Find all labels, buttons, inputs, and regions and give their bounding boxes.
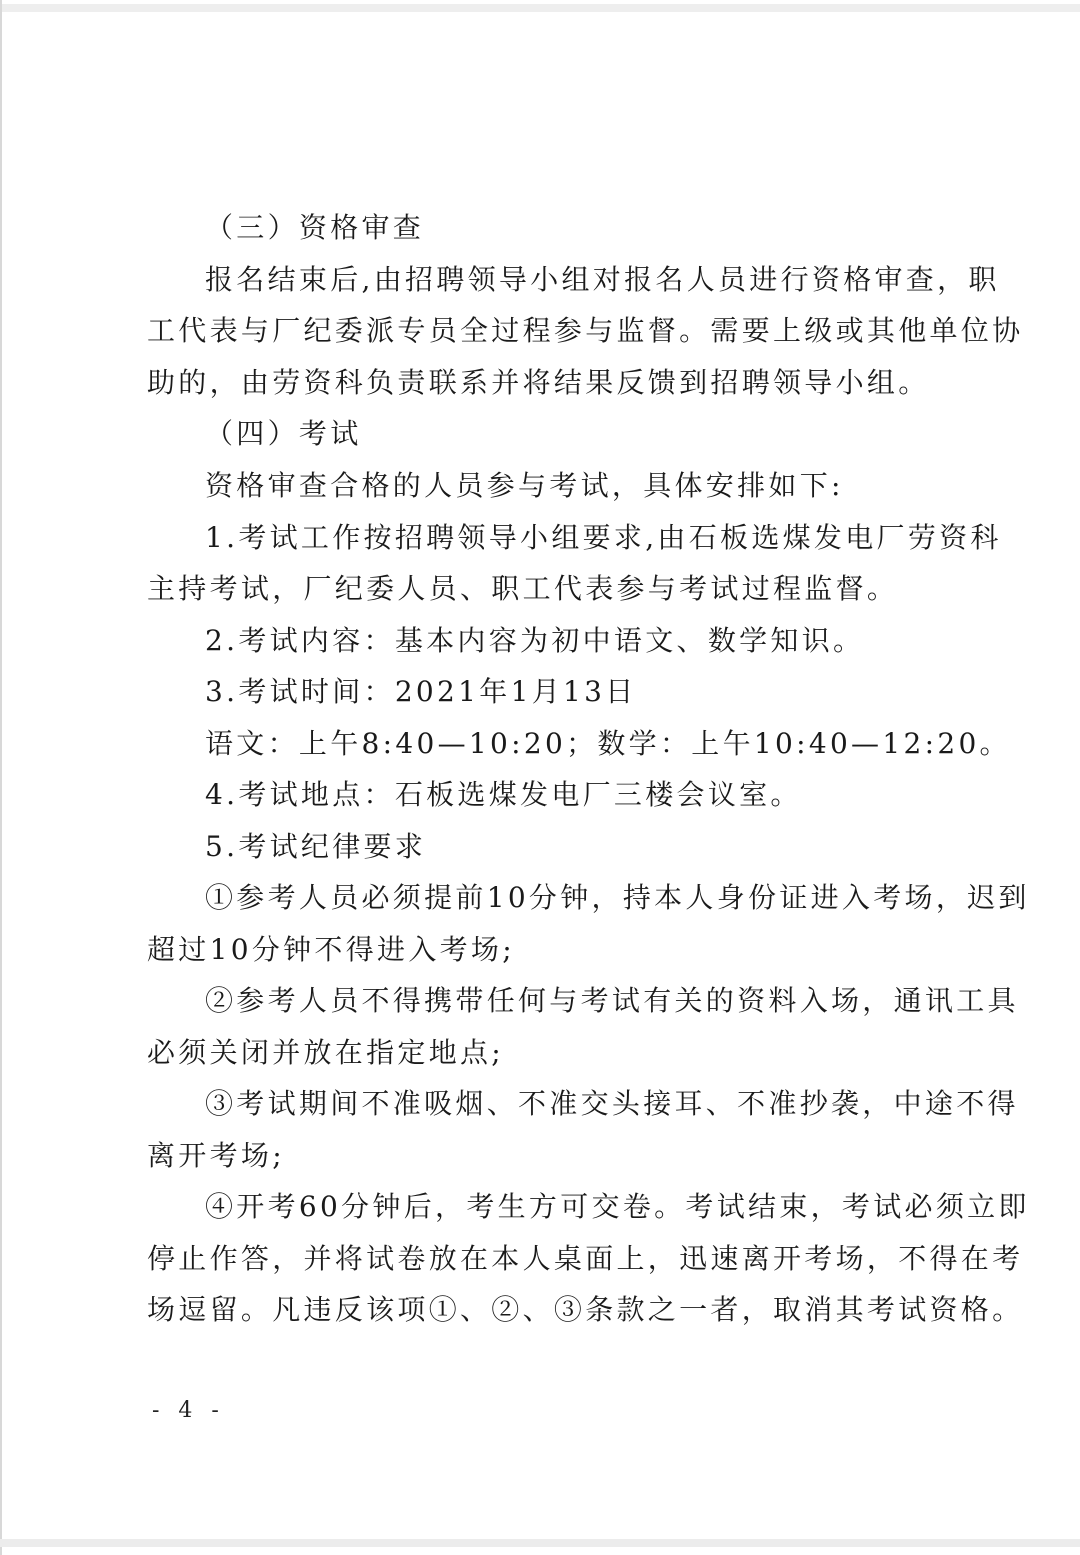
page-number: - 4 - <box>152 1398 225 1423</box>
page-top-edge <box>0 4 1080 12</box>
paragraph-line: 主持考试，厂纪委人员、职工代表参与考试过程监督。 <box>147 569 898 609</box>
list-item-4: 4.考试地点：石板选煤发电厂三楼会议室。 <box>205 775 802 815</box>
paragraph-line: 超过10分钟不得进入考场; <box>147 930 515 970</box>
list-item-1: 1.考试工作按招聘领导小组要求,由石板选煤发电厂劳资科 <box>205 518 1002 558</box>
section-heading-exam: （四）考试 <box>205 414 362 454</box>
paragraph-line: 工代表与厂纪委派专员全过程参与监督。需要上级或其他单位协 <box>147 311 1023 351</box>
paragraph-line: 必须关闭并放在指定地点; <box>147 1033 504 1073</box>
rule-4: ④开考60分钟后，考生方可交卷。考试结束，考试必须立即 <box>205 1187 1030 1227</box>
paragraph-line: 停止作答，并将试卷放在本人桌面上，迅速离开考场，不得在考 <box>147 1239 1023 1279</box>
page-bottom-edge <box>0 1539 1080 1547</box>
paragraph-line: 助的，由劳资科负责联系并将结果反馈到招聘领导小组。 <box>147 363 930 403</box>
paragraph-line: 离开考场; <box>147 1136 285 1176</box>
section-heading-qualification: （三）资格审查 <box>205 208 424 248</box>
paragraph-line: 场逗留。凡违反该项①、②、③条款之一者，取消其考试资格。 <box>147 1290 1023 1330</box>
list-item-2: 2.考试内容：基本内容为初中语文、数学知识。 <box>205 621 864 661</box>
paragraph-line: 资格审查合格的人员参与考试，具体安排如下: <box>205 466 844 506</box>
exam-schedule-line: 语文：上午8:40—10:20；数学：上午10:40—12:20。 <box>205 724 1011 764</box>
rule-1: ①参考人员必须提前10分钟，持本人身份证进入考场，迟到 <box>205 878 1030 918</box>
list-item-3: 3.考试时间：2021年1月13日 <box>205 672 637 712</box>
paragraph-line: 报名结束后,由招聘领导小组对报名人员进行资格审查，职 <box>205 260 1000 300</box>
rule-2: ②参考人员不得携带任何与考试有关的资料入场，通讯工具 <box>205 981 1019 1021</box>
rule-3: ③考试期间不准吸烟、不准交头接耳、不准抄袭，中途不得 <box>205 1084 1019 1124</box>
list-item-5: 5.考试纪律要求 <box>205 827 426 867</box>
page-left-edge <box>0 0 2 1555</box>
